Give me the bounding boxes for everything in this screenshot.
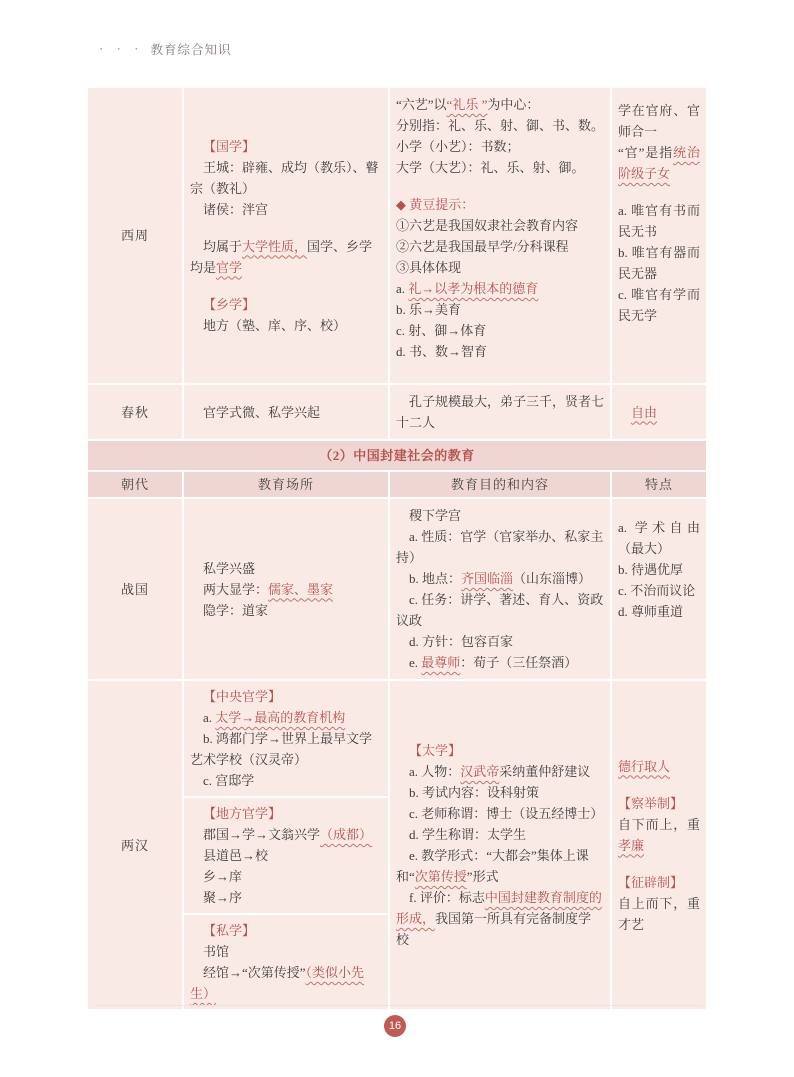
cell-zhanguo-era: 战国 <box>88 499 182 679</box>
cell-lianghan-traits: 德行取人【察举制】自下而上，重孝廉【征辟制】自上而下，重才艺 <box>612 681 706 1009</box>
cell-chunqiu-era: 春秋 <box>88 385 182 439</box>
bracket-heading: 【察举制】 <box>618 793 700 814</box>
text-block: 县道邑→校 <box>190 845 382 866</box>
section-title: （2）中国封建社会的教育 <box>319 445 475 466</box>
bracket-heading: 【太学】 <box>396 740 604 761</box>
text-block: 学在官府、官师合一 <box>618 100 700 142</box>
text-block: f. 评价：标志中国封建教育制度的形成，我国第一所具有完备制度学校 <box>396 887 604 950</box>
text-block: b. 待遇优厚 <box>618 559 700 580</box>
text-block: 郡国→学→文翁兴学（成都） <box>190 824 382 845</box>
text-block: 私学兴盛 <box>190 558 382 579</box>
cell-lianghan-places: 【中央官学】a. 太学→最高的教育机构b. 鸿都门学→世界上最早文学艺术学校（汉… <box>184 681 388 1009</box>
header-dots-icon: · · · <box>99 41 144 57</box>
cell-zhanguo-places: 私学兴盛两大显学：儒家、墨家隐学：道家 <box>184 499 388 679</box>
text-block: ③具体体现 <box>396 257 604 278</box>
text-block: b. 地点：齐国临淄（山东淄博） <box>396 568 604 589</box>
text-block: c. 唯官有学而民无学 <box>618 284 700 326</box>
row-lianghan: 两汉 【中央官学】a. 太学→最高的教育机构b. 鸿都门学→世界上最早文学艺术学… <box>88 681 706 1009</box>
cell-chunqiu-content: 孔子规模最大，弟子三千，贤者七十二人 <box>390 385 610 439</box>
column-header-traits: 特点 <box>612 472 706 497</box>
cell-zhanguo-content: 稷下学宫a. 性质：官学（官家举办、私家主持）b. 地点：齐国临淄（山东淄博）c… <box>390 499 610 679</box>
text-block: 隐学：道家 <box>190 600 382 621</box>
bracket-heading: 【国学】 <box>190 136 382 157</box>
text-block: 王城：辟雍、成均（教乐）、瞽宗（教礼） <box>190 157 382 199</box>
text-block: 德行取人 <box>618 756 700 777</box>
cell-xizhou-places: 【国学】王城：辟雍、成均（教乐）、瞽宗（教礼）诸侯：泮宫均属于大学性质，国学、乡… <box>184 88 388 383</box>
subcell-private-schools: 【私学】书馆经馆→“次第传授”（类似小先生） <box>184 915 388 1009</box>
text-gap <box>190 220 382 236</box>
text-gap <box>618 184 700 200</box>
text-block: a. 太学→最高的教育机构 <box>190 707 382 728</box>
text-block: 分别指：礼、乐、射、御、书、数。 <box>396 115 604 136</box>
text-block: 自下而上，重孝廉 <box>618 814 700 856</box>
subcell-central-official-schools: 【中央官学】a. 太学→最高的教育机构b. 鸿都门学→世界上最早文学艺术学校（汉… <box>184 681 388 796</box>
cell-zhanguo-traits: a. 学术自由（最大）b. 待遇优厚c. 不治而议论d. 尊师重道 <box>612 499 706 679</box>
text-gap <box>396 178 604 194</box>
text-block: a. 人物：汉武帝采纳董仲舒建议 <box>396 761 604 782</box>
text-block: 大学（大艺）：礼、乐、射、御。 <box>396 157 604 178</box>
text-block: 诸侯：泮宫 <box>190 199 382 220</box>
text-block: d. 尊师重道 <box>618 601 700 622</box>
bracket-heading: 【乡学】 <box>190 294 382 315</box>
row-chunqiu: 春秋 官学式微、私学兴起 孔子规模最大，弟子三千，贤者七十二人 自由 <box>88 385 706 439</box>
text-block: e. 教学形式：“大都会”集体上课和“次第传授”形式 <box>396 845 604 887</box>
text-block: d. 学生称谓：太学生 <box>396 824 604 845</box>
text-block: “官”是指统治阶级子女 <box>618 142 700 184</box>
text-block: a. 礼→以孝为根本的德育 <box>396 278 604 299</box>
text-block: 自上而下，重才艺 <box>618 893 700 935</box>
text-gap <box>618 777 700 793</box>
text-block: e. 最尊师：荀子（三任祭酒） <box>396 652 604 673</box>
column-header-places: 教育场所 <box>184 472 388 497</box>
bracket-heading: ◆ 黄豆提示： <box>396 194 604 215</box>
bracket-heading: 【私学】 <box>190 920 382 941</box>
education-history-table: 西周 【国学】王城：辟雍、成均（教乐）、瞽宗（教礼）诸侯：泮宫均属于大学性质，国… <box>88 88 706 1009</box>
cell-xizhou-era: 西周 <box>88 88 182 383</box>
text-block: b. 鸿都门学→世界上最早文学艺术学校（汉灵帝） <box>190 728 382 770</box>
text-block: 稷下学宫 <box>396 505 604 526</box>
page-number-badge: 16 <box>384 1015 406 1037</box>
text-block: “六艺”以“礼乐 ”为中心： <box>396 94 604 115</box>
bracket-heading: 【地方官学】 <box>190 803 382 824</box>
cell-chunqiu-traits: 自由 <box>612 385 706 439</box>
text-block: c. 射、御→体育 <box>396 320 604 341</box>
text-block: a. 学术自由（最大） <box>618 517 700 559</box>
text-block: d. 方针：包容百家 <box>396 631 604 652</box>
text-block: 小学（小艺）：书数； <box>396 136 604 157</box>
text-block: b. 唯官有器而民无器 <box>618 242 700 284</box>
column-header-era: 朝代 <box>88 472 182 497</box>
text-block: 孔子规模最大，弟子三千，贤者七十二人 <box>396 391 604 433</box>
bracket-heading: 【中央官学】 <box>190 686 382 707</box>
page-header: · · · 教育综合知识 <box>99 40 232 58</box>
section-band: （2）中国封建社会的教育 <box>88 441 706 470</box>
text-block: b. 考试内容：设科射策 <box>396 782 604 803</box>
row-xizhou: 西周 【国学】王城：辟雍、成均（教乐）、瞽宗（教礼）诸侯：泮宫均属于大学性质，国… <box>88 88 706 383</box>
text-block: 自由 <box>618 402 700 423</box>
column-header-row: 朝代 教育场所 教育目的和内容 特点 <box>88 472 706 497</box>
text-block: 书馆 <box>190 941 382 962</box>
text-block: a. 唯官有书而民无书 <box>618 200 700 242</box>
text-block: ①六艺是我国奴隶社会教育内容 <box>396 215 604 236</box>
cell-xizhou-content: “六艺”以“礼乐 ”为中心：分别指：礼、乐、射、御、书、数。小学（小艺）：书数；… <box>390 88 610 383</box>
cell-lianghan-content: 【太学】a. 人物：汉武帝采纳董仲舒建议b. 考试内容：设科射策c. 老师称谓：… <box>390 681 610 1009</box>
text-block: ②六艺是我国最早学/分科课程 <box>396 236 604 257</box>
text-gap <box>190 278 382 294</box>
text-block: d. 书、数→智育 <box>396 341 604 362</box>
text-block: 均属于大学性质，国学、乡学均是官学 <box>190 236 382 278</box>
cell-xizhou-traits: 学在官府、官师合一“官”是指统治阶级子女a. 唯官有书而民无书b. 唯官有器而民… <box>612 88 706 383</box>
column-header-content: 教育目的和内容 <box>390 472 610 497</box>
header-title: 教育综合知识 <box>151 40 232 58</box>
text-block: 经馆→“次第传授”（类似小先生） <box>190 962 382 1004</box>
text-block: 聚→序 <box>190 887 382 908</box>
text-block: 地方（塾、庠、序、校） <box>190 315 382 336</box>
subcell-local-official-schools: 【地方官学】郡国→学→文翁兴学（成都）县道邑→校乡→庠聚→序 <box>184 798 388 913</box>
cell-chunqiu-places: 官学式微、私学兴起 <box>184 385 388 439</box>
text-block: c. 不治而议论 <box>618 580 700 601</box>
cell-lianghan-era: 两汉 <box>88 681 182 1009</box>
text-block: 两大显学：儒家、墨家 <box>190 579 382 600</box>
text-block: c. 老师称谓：博士（设五经博士） <box>396 803 604 824</box>
text-block: c. 宫邸学 <box>190 770 382 791</box>
text-block: c. 任务：讲学、著述、育人、资政议政 <box>396 589 604 631</box>
text-gap <box>618 856 700 872</box>
text-block: 乡→庠 <box>190 866 382 887</box>
footer-divider <box>94 1005 702 1006</box>
text-block: b. 乐→美育 <box>396 299 604 320</box>
document-page: · · · 教育综合知识 西周 【国学】王城：辟雍、成均（教乐）、瞽宗（教礼）诸… <box>0 0 794 1077</box>
bracket-heading: 【征辟制】 <box>618 872 700 893</box>
page-number: 16 <box>389 1020 401 1032</box>
text-block: 官学式微、私学兴起 <box>190 402 382 423</box>
text-block: a. 性质：官学（官家举办、私家主持） <box>396 526 604 568</box>
row-zhanguo: 战国 私学兴盛两大显学：儒家、墨家隐学：道家 稷下学宫a. 性质：官学（官家举办… <box>88 499 706 679</box>
